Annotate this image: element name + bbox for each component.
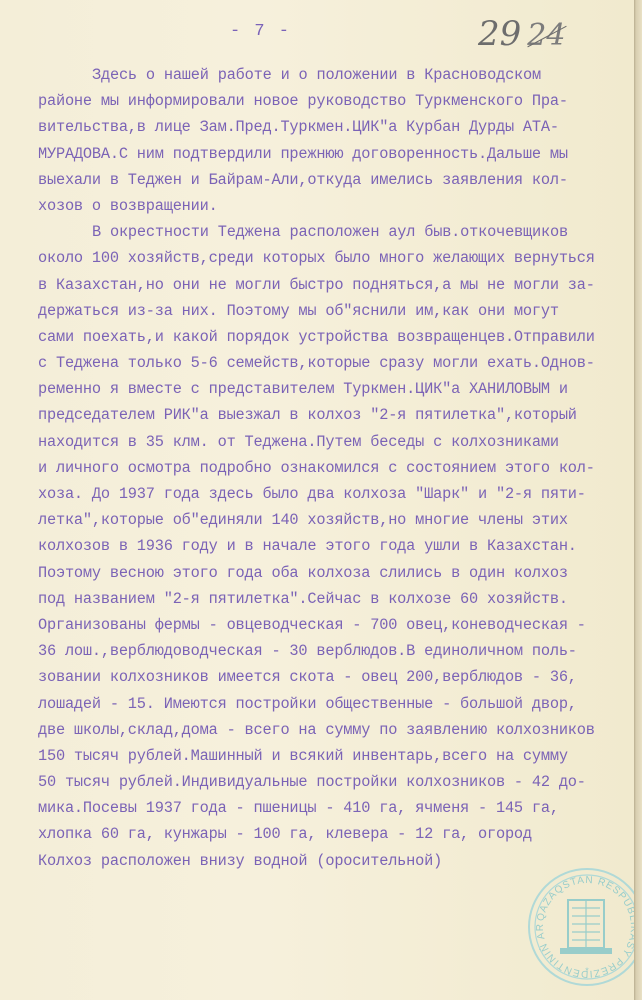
text-line: держаться из-за них. Поэтому мы об"яснил… xyxy=(38,298,628,324)
text-line: в Казахстан,но они не могли быстро подня… xyxy=(38,272,628,298)
text-line: зовании колхозников имеется скота - овец… xyxy=(38,664,628,690)
text-line: 150 тысяч рублей.Машинный и всякий инвен… xyxy=(38,743,628,769)
svg-text:*: * xyxy=(585,966,589,976)
archive-stamp: QAZAQSTAN RESPUBLIKASY PREZIDENTINIŃ ARH… xyxy=(528,868,642,986)
text-line: 50 тысяч рублей.Индивидуальные постройки… xyxy=(38,769,628,795)
text-line: хозов о возвращении. xyxy=(38,193,628,219)
text-line: лошадей - 15. Имеются постройки обществе… xyxy=(38,691,628,717)
text-line: и личного осмотра подробно ознакомился с… xyxy=(38,455,628,481)
text-line: ременно я вместе с представителем Туркме… xyxy=(38,376,628,402)
page-edge xyxy=(634,0,642,1000)
text-line: выехали в Теджен и Байрам-Али,откуда име… xyxy=(38,167,628,193)
text-line: находится в 35 клм. от Теджена.Путем бес… xyxy=(38,429,628,455)
text-line: мика.Посевы 1937 года - пшеницы - 410 га… xyxy=(38,795,628,821)
handwritten-folio-number: 2924 xyxy=(478,14,565,54)
typewritten-body: Здесь о нашей работе и о положении в Кра… xyxy=(38,62,628,874)
text-line: Организованы фермы - овцеводческая - 700… xyxy=(38,612,628,638)
text-line: хоза. До 1937 года здесь было два колхоз… xyxy=(38,481,628,507)
text-line: летка",которые об"единяли 140 хозяйств,н… xyxy=(38,507,628,533)
text-line: хлопка 60 га, кунжары - 100 га, клевера … xyxy=(38,821,628,847)
archive-building-icon: QAZAQSTAN RESPUBLIKASY PREZIDENTINIŃ ARH… xyxy=(530,870,642,984)
text-line: колхозов в 1936 году и в начале этого го… xyxy=(38,533,628,559)
text-line: вительства,в лице Зам.Пред.Туркмен.ЦИК"а… xyxy=(38,114,628,140)
folio-crossed-out: 24 xyxy=(527,18,565,53)
text-line: две школы,склад,дома - всего на сумму по… xyxy=(38,717,628,743)
folio-current: 29 xyxy=(478,14,521,54)
text-line: 36 лош.,верблюдоводческая - 30 верблюдов… xyxy=(38,638,628,664)
text-line: сами поехать,и какой порядок устройства … xyxy=(38,324,628,350)
text-line: Поэтому весною этого года оба колхоза сл… xyxy=(38,560,628,586)
text-line: около 100 хозяйств,среди которых было мн… xyxy=(38,245,628,271)
text-line: под названием "2-я пятилетка".Сейчас в к… xyxy=(38,586,628,612)
page-number: - 7 - xyxy=(230,22,291,41)
text-line: В окрестности Теджена расположен аул быв… xyxy=(38,219,628,245)
text-line: председателем РИК"а выезжал в колхоз "2-… xyxy=(38,402,628,428)
text-line: районе мы информировали новое руководств… xyxy=(38,88,628,114)
text-line: с Теджена только 5-6 семейств,которые ср… xyxy=(38,350,628,376)
text-line: МУРАДОВА.С ним подтвердили прежнюю догов… xyxy=(38,141,628,167)
document-page: - 7 - 2924 Здесь о нашей работе и о поло… xyxy=(0,0,636,1000)
text-line: Здесь о нашей работе и о положении в Кра… xyxy=(38,62,628,88)
